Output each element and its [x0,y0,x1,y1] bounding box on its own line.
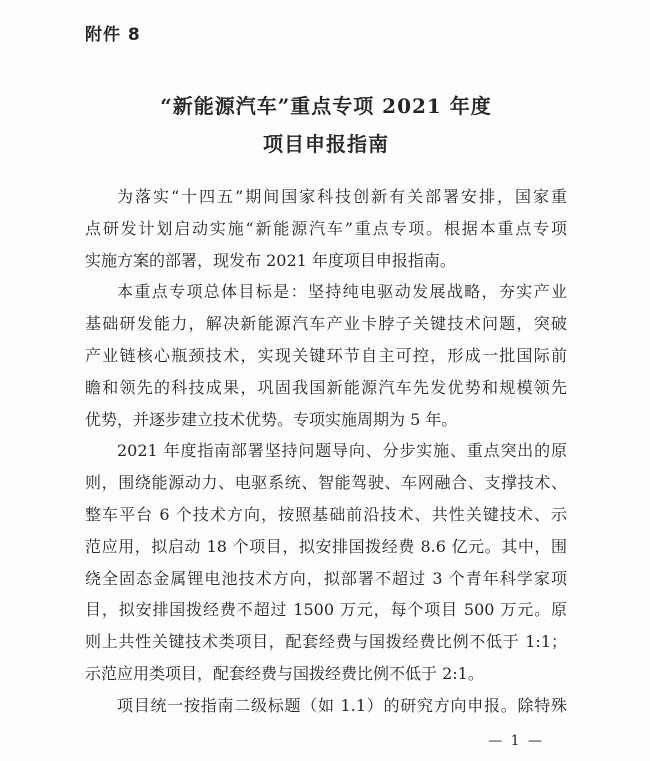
text-line: 绕全固态金属锂电池技术方向，拟部署不超过 3 个青年科学家项 [85,563,567,595]
document-title: “新能源汽车”重点专项 2021 年度 项目申报指南 [85,87,567,163]
text-line: 范应用，拟启动 18 个项目，拟安排国拨经费 8.6 亿元。其中，围 [85,531,567,563]
text-line: 优势，并逐步建立技术优势。专项实施周期为 5 年。 [85,404,567,436]
text-line: 目，拟安排国拨经费不超过 1500 万元，每个项目 500 万元。原 [85,594,567,626]
attachment-label: 附件 8 [85,24,567,46]
page-number: — 1 — [488,733,544,749]
text-line: 瞻和领先的科技成果，巩固我国新能源汽车先发优势和规模领先 [85,372,567,404]
text-line: 则，围绕能源动力、电驱系统、智能驾驶、车网融合、支撑技术、 [85,467,567,499]
text-line: 示范应用类项目，配套经费与国拨经费比例不低于 2:1。 [85,658,567,690]
title-line-2: 项目申报指南 [85,125,567,163]
document-body: 为落实“十四五”期间国家科技创新有关部署安排，国家重点研发计划启动实施“新能源汽… [85,181,567,722]
text-line: 实施方案的部署，现发布 2021 年度项目申报指南。 [85,245,567,277]
text-line: 产业链核心瓶颈技术，实现关键环节自主可控，形成一批国际前 [85,340,567,372]
text-line: 整车平台 6 个技术方向，按照基础前沿技术、共性关键技术、示 [85,499,567,531]
paragraph: 本重点专项总体目标是：坚持纯电驱动发展战略，夯实产业基础研发能力，解决新能源汽车… [85,276,567,435]
text-line: 2021 年度指南部署坚持问题导向、分步实施、重点突出的原 [85,435,567,467]
paragraph: 项目统一按指南二级标题（如 1.1）的研究方向申报。除特殊 [85,690,567,722]
text-line: 基础研发能力，解决新能源汽车产业卡脖子关键技术问题，突破 [85,308,567,340]
text-line: 为落实“十四五”期间国家科技创新有关部署安排，国家重 [85,181,567,213]
title-line-1: “新能源汽车”重点专项 2021 年度 [85,87,567,125]
text-line: 点研发计划启动实施“新能源汽车”重点专项。根据本重点专项 [85,213,567,245]
text-line: 则上共性关键技术类项目，配套经费与国拨经费比例不低于 1:1； [85,626,567,658]
document-page: 附件 8 “新能源汽车”重点专项 2021 年度 项目申报指南 为落实“十四五”… [0,0,650,761]
paragraph: 2021 年度指南部署坚持问题导向、分步实施、重点突出的原则，围绕能源动力、电驱… [85,435,567,689]
paragraph: 为落实“十四五”期间国家科技创新有关部署安排，国家重点研发计划启动实施“新能源汽… [85,181,567,276]
text-line: 本重点专项总体目标是：坚持纯电驱动发展战略，夯实产业 [85,276,567,308]
text-line: 项目统一按指南二级标题（如 1.1）的研究方向申报。除特殊 [85,690,567,722]
